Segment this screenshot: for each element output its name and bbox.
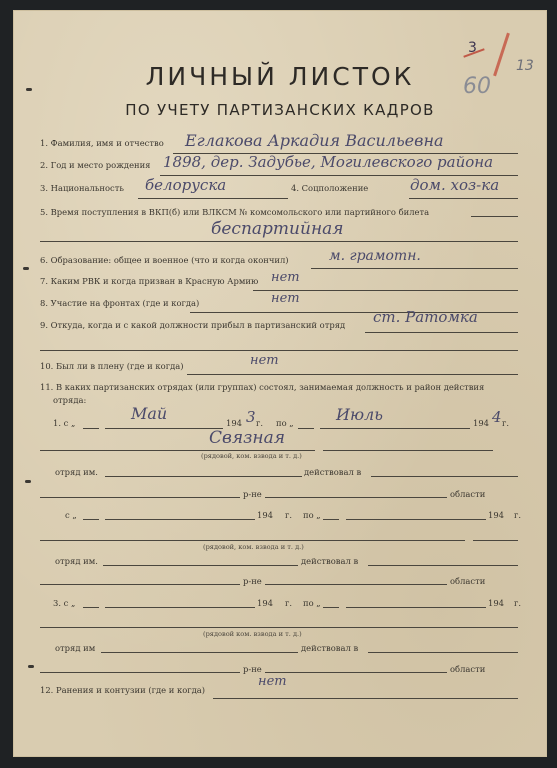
field-army-value: нет: [271, 270, 300, 285]
field-party-line-1: [471, 216, 518, 217]
det1-oblast-label: области: [450, 489, 485, 499]
det2-otryad-line: [103, 565, 298, 566]
det2-position-hint: (рядовой, ком. взвода и т. д.): [203, 543, 304, 551]
det2-position-line: [40, 540, 465, 541]
det3-to-day-line: [323, 607, 339, 608]
det2-from-year-prefix: 194: [257, 510, 273, 520]
field-birth-label: 2. Год и место рождения: [40, 160, 150, 170]
field-captivity-value: нет: [250, 353, 279, 368]
det1-day-line: [83, 428, 99, 429]
field-fronts-value: нет: [271, 291, 300, 306]
det3-to-g: г.: [514, 598, 521, 608]
det3-to-month-line: [346, 607, 486, 608]
det1-from-g: г.: [256, 418, 263, 428]
det1-oblast-line: [265, 497, 447, 498]
field-captivity-label: 10. Был ли в плену (где и когда): [40, 361, 184, 371]
det3-po: по „: [303, 598, 321, 608]
det3-rne-line: [40, 672, 240, 673]
det1-otryad-label: отряд им.: [55, 467, 98, 477]
det1-to-year-digit: 4: [492, 408, 502, 426]
det1-position-line-2: [323, 450, 493, 451]
det1-position-line: [40, 450, 315, 451]
det1-from-year-digit: 3: [246, 408, 256, 426]
field-social-line: [409, 198, 518, 199]
crossed-number: 3: [468, 40, 477, 56]
det3-position-line: [40, 627, 518, 628]
det3-position-hint: (рядовой ком. взвода и т. д.): [203, 630, 302, 638]
field-nationality-label: 3. Национальность: [40, 183, 124, 193]
punch-hole-mark: [28, 665, 34, 668]
field-fronts-label: 8. Участие на фронтах (где и когда): [40, 298, 199, 308]
det1-rne-label: р-не: [243, 489, 262, 499]
field-party-value: беспартийная: [211, 219, 344, 239]
det1-position-value: Связная: [209, 428, 285, 448]
det2-oblast-label: области: [450, 576, 485, 586]
punch-hole-mark: [23, 267, 29, 270]
field-wounds-value: нет: [258, 674, 287, 689]
form-title: ЛИЧНЫЙ ЛИСТОК: [13, 62, 547, 91]
field-education-line: [311, 268, 518, 269]
form-subtitle: ПО УЧЕТУ ПАРТИЗАНСКИХ КАДРОВ: [13, 101, 547, 119]
det3-from-g: г.: [285, 598, 292, 608]
field-education-label: 6. Образование: общее и военное (что и к…: [40, 255, 289, 265]
det3-number: 3. с „: [53, 598, 75, 608]
det1-to-day-line: [298, 428, 314, 429]
det1-acted-label: действовал в: [304, 467, 361, 477]
det2-po: по „: [303, 510, 321, 520]
det3-otryad-line: [101, 652, 298, 653]
field-party-line-2: [40, 241, 518, 242]
field-wounds-label: 12. Ранения и контузии (где и когда): [40, 685, 205, 695]
field-wounds-line: [213, 698, 518, 699]
det1-otryad-line: [105, 476, 302, 477]
det3-otryad-label: отряд им: [55, 643, 95, 653]
field-social-value: дом. хоз-ка: [410, 176, 499, 194]
field-party-label: 5. Время поступления в ВКП(б) или ВЛКСМ …: [40, 207, 429, 217]
field-detachments-label-cont: отряда:: [53, 395, 86, 405]
field-arrival-label: 9. Откуда, когда и с какой должности при…: [40, 320, 345, 330]
field-captivity-line: [187, 374, 518, 375]
field-social-label: 4. Соцположение: [291, 183, 368, 193]
det3-rne-label: р-не: [243, 664, 262, 674]
det2-month-line: [105, 519, 255, 520]
det3-to-year-prefix: 194: [488, 598, 504, 608]
det3-month-line: [105, 607, 255, 608]
det3-oblast-label: области: [450, 664, 485, 674]
det2-to-year-prefix: 194: [488, 510, 504, 520]
det2-number: с „: [65, 510, 77, 520]
field-detachments-label: 11. В каких партизанских отрядах (или гр…: [40, 382, 484, 392]
det1-to-g: г.: [502, 418, 509, 428]
field-arrival-value: ст. Ратомка: [373, 308, 478, 326]
det2-rne-line: [40, 584, 240, 585]
punch-hole-mark: [25, 480, 31, 483]
det1-rne-line: [40, 497, 240, 498]
det3-day-line: [83, 607, 99, 608]
det3-acted-label: действовал в: [301, 643, 358, 653]
det1-to-month-line: [320, 428, 470, 429]
det1-po: по „: [276, 418, 294, 428]
field-nationality-value: белоруска: [145, 176, 226, 194]
det1-to-month: Июль: [336, 405, 383, 424]
det1-number: 1. с „: [53, 418, 75, 428]
det1-to-year-prefix: 194: [473, 418, 489, 428]
det2-to-g: г.: [514, 510, 521, 520]
det2-otryad-label: отряд им.: [55, 556, 98, 566]
det2-acted-label: действовал в: [301, 556, 358, 566]
field-arrival-line-2: [40, 350, 518, 351]
field-birth-value: 1898, дер. Задубье, Могилевского района: [163, 153, 493, 171]
det2-to-day-line: [323, 519, 339, 520]
det2-position-line-2: [473, 540, 518, 541]
det1-from-month: Май: [131, 404, 167, 423]
det2-from-g: г.: [285, 510, 292, 520]
field-arrival-line: [365, 332, 518, 333]
det3-oblast-line: [265, 672, 447, 673]
field-full-name-label: 1. Фамилия, имя и отчество: [40, 138, 164, 148]
det2-to-month-line: [346, 519, 486, 520]
det1-acted-line: [371, 476, 518, 477]
field-education-value: м. грамотн.: [329, 248, 421, 264]
det1-month-line: [105, 428, 223, 429]
det2-day-line: [83, 519, 99, 520]
det3-acted-line: [368, 652, 518, 653]
field-army-label: 7. Каким РВК и когда призван в Красную А…: [40, 276, 258, 286]
field-full-name-value: Еглакова Аркадия Васильевна: [185, 131, 444, 150]
det2-oblast-line: [265, 584, 447, 585]
det2-acted-line: [368, 565, 518, 566]
det1-from-year-prefix: 194: [226, 418, 242, 428]
det1-position-hint: (рядовой, ком. взвода и т. д.): [201, 452, 302, 460]
field-nationality-line: [138, 198, 288, 199]
personal-record-sheet: 3 13 60 ЛИЧНЫЙ ЛИСТОК ПО УЧЕТУ ПАРТИЗАНС…: [13, 10, 547, 757]
det3-from-year-prefix: 194: [257, 598, 273, 608]
det2-rne-label: р-не: [243, 576, 262, 586]
